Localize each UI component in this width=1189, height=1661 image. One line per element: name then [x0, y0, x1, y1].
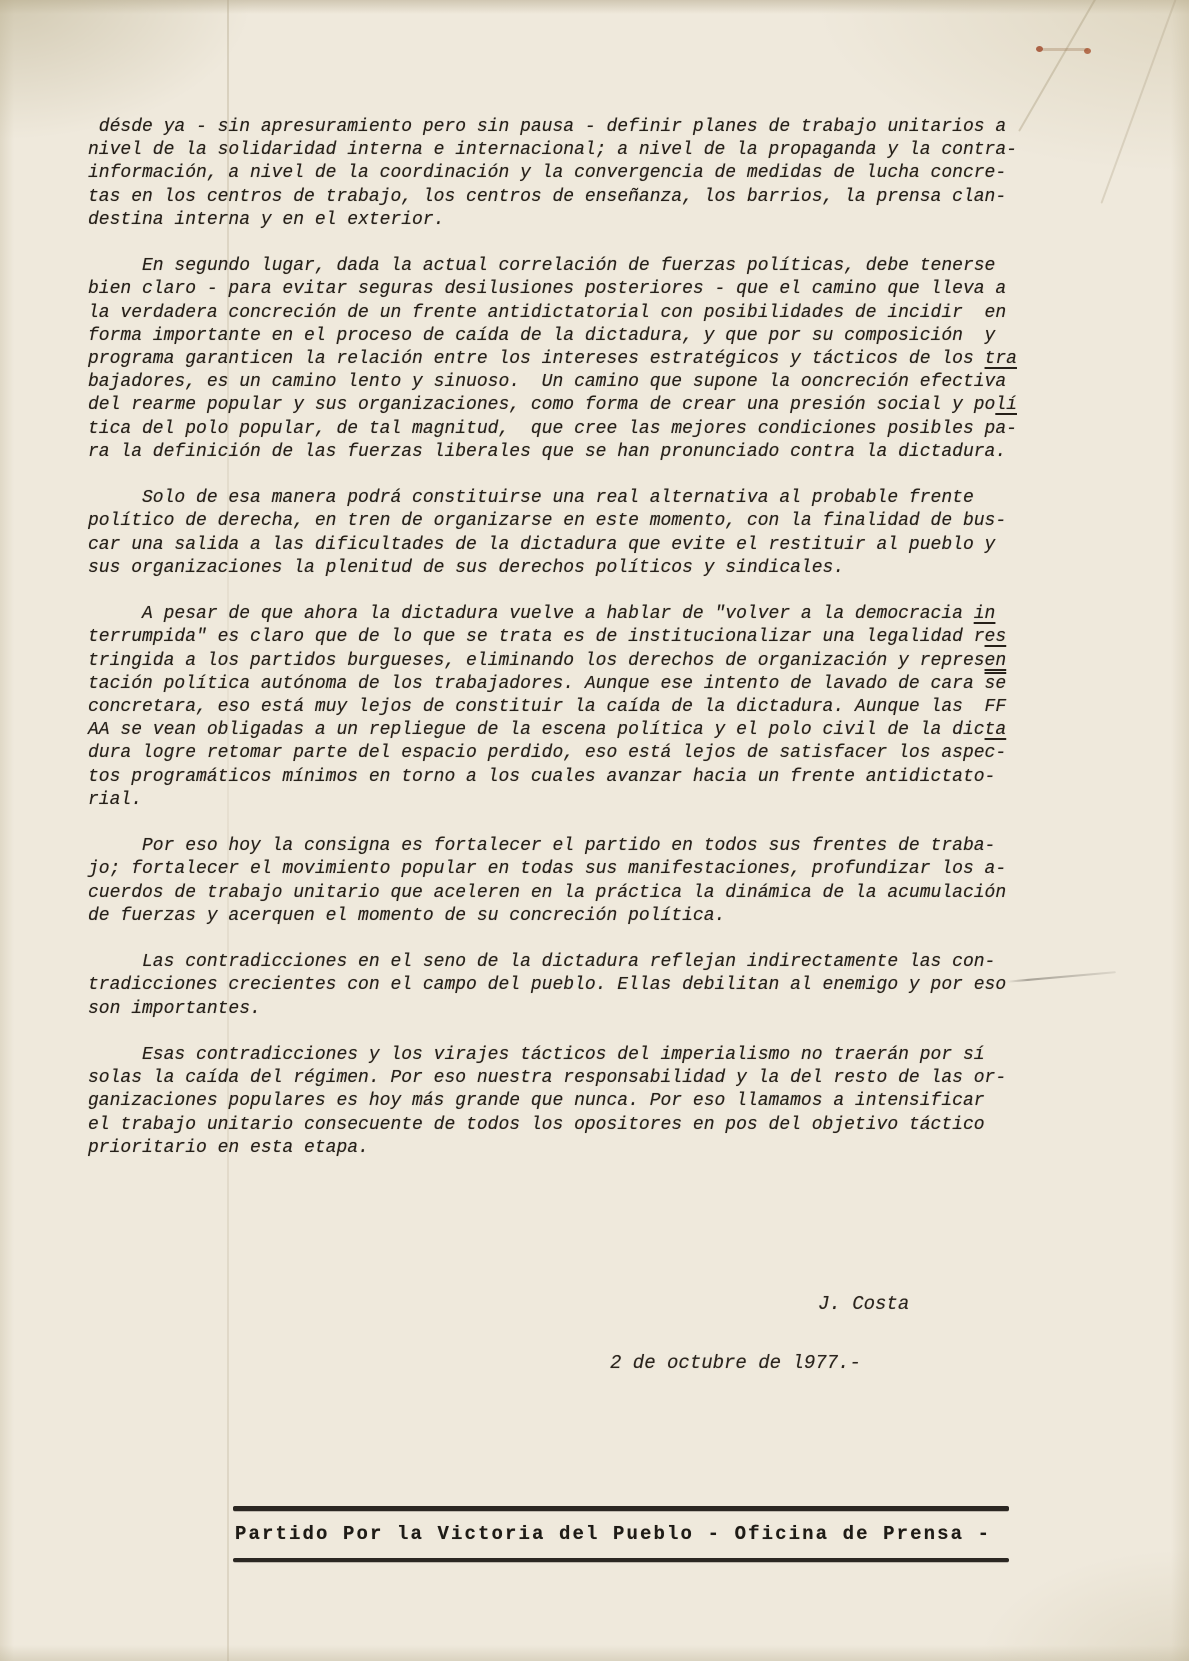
- text-run: bajadores, es un camino lento y sinuoso.…: [88, 372, 1006, 392]
- text-run: la verdadera concreción de un frente ant…: [88, 303, 1006, 323]
- text-run: Las contradicciones en el seno de la dic…: [88, 952, 995, 972]
- text-run: Solo de esa manera podrá constituirse un…: [88, 488, 974, 508]
- text-run: forma importante en el proceso de caída …: [88, 326, 995, 346]
- text-run: político de derecha, en tren de organiza…: [88, 511, 1006, 531]
- text-run: tica del polo popular, de tal magnitud, …: [88, 419, 1017, 439]
- corner-crease: [1018, 0, 1100, 132]
- corner-crease: [1100, 0, 1177, 204]
- text-run: son importantes.: [88, 999, 261, 1019]
- underlined-syllable: en: [985, 651, 1007, 671]
- text-run: AA se vean obligadas a un repliegue de l…: [88, 720, 985, 740]
- underlined-syllable: ta: [985, 720, 1007, 740]
- text-run: bien claro - para evitar seguras desilus…: [88, 279, 1006, 299]
- text-run: tas en los centros de trabajo, los centr…: [88, 187, 1006, 207]
- text-run: nivel de la solidaridad interna e intern…: [88, 140, 1017, 160]
- underlined-syllable: tra: [985, 349, 1017, 369]
- text-run: car una salida a las dificultades de la …: [88, 535, 995, 555]
- footer-imprint: Partido Por la Victoria del Pueblo - Ofi…: [233, 1506, 1009, 1562]
- text-run: ganizaciones populares es hoy más grande…: [88, 1091, 985, 1111]
- text-run: tringida a los partidos burgueses, elimi…: [88, 651, 985, 671]
- text-run: sus organizaciones la plenitud de sus de…: [88, 558, 844, 578]
- footer-rule-bottom: [233, 1558, 1009, 1563]
- underlined-syllable: in: [974, 604, 996, 624]
- rust-dot: [1036, 46, 1043, 52]
- staple-rust-bar: [1042, 48, 1088, 51]
- text-run: Por eso hoy la consigna es fortalecer el…: [88, 836, 995, 856]
- text-run: terrumpida" es claro que de lo que se tr…: [88, 627, 985, 647]
- text-run: dura logre retomar parte del espacio per…: [88, 743, 1006, 763]
- paragraph-3: Solo de esa manera podrá constituirse un…: [88, 487, 1028, 580]
- paragraph-5: Por eso hoy la consigna es fortalecer el…: [88, 835, 1028, 928]
- footer-text: Partido Por la Victoria del Pueblo - Ofi…: [235, 1522, 1009, 1546]
- underlined-syllable: se: [985, 674, 1007, 694]
- text-run: de fuerzas y acerquen el momento de su c…: [88, 906, 725, 926]
- paragraph-7: Esas contradicciones y los virajes tácti…: [88, 1044, 1028, 1160]
- text-run: prioritario en esta etapa.: [88, 1138, 369, 1158]
- document-page: désde ya - sin apresuramiento pero sin p…: [0, 0, 1189, 1661]
- paragraph-1: désde ya - sin apresuramiento pero sin p…: [88, 116, 1028, 232]
- text-run: Esas contradicciones y los virajes tácti…: [88, 1045, 985, 1065]
- paragraph-4: A pesar de que ahora la dictadura vuelve…: [88, 603, 1028, 812]
- text-run: A pesar de que ahora la dictadura vuelve…: [88, 604, 974, 624]
- text-run: destina interna y en el exterior.: [88, 210, 444, 230]
- text-run: tradicciones crecientes con el campo del…: [88, 975, 1006, 995]
- text-run: En segundo lugar, dada la actual correla…: [88, 256, 995, 276]
- paragraph-2: En segundo lugar, dada la actual correla…: [88, 255, 1028, 464]
- text-run: concretara, eso está muy lejos de consti…: [88, 697, 1006, 717]
- text-run: jo; fortalecer el movimiento popular en …: [88, 859, 1006, 879]
- text-run: información, a nivel de la coordinación …: [88, 163, 1006, 183]
- document-body-text: désde ya - sin apresuramiento pero sin p…: [88, 116, 1028, 1183]
- text-run: rial.: [88, 790, 142, 810]
- text-run: programa garanticen la relación entre lo…: [88, 349, 985, 369]
- text-run: del rearme popular y sus organizaciones,…: [88, 395, 995, 415]
- underlined-syllable: es: [985, 627, 1007, 647]
- staple-rust-mark: [1036, 42, 1094, 56]
- text-run: solas la caída del régimen. Por eso nues…: [88, 1068, 1006, 1088]
- underlined-syllable: lí: [995, 395, 1017, 415]
- text-run: cuerdos de trabajo unitario que aceleren…: [88, 883, 1006, 903]
- text-run: désde ya - sin apresuramiento pero sin p…: [88, 117, 1006, 137]
- text-run: tos programáticos mínimos en torno a los…: [88, 767, 995, 787]
- text-run: tación política autónoma de los trabajad…: [88, 674, 985, 694]
- paragraph-6: Las contradicciones en el seno de la dic…: [88, 951, 1028, 1021]
- footer-rule-top: [233, 1506, 1009, 1511]
- text-run: el trabajo unitario consecuente de todos…: [88, 1115, 985, 1135]
- signature-name: J. Costa: [818, 1292, 909, 1316]
- text-run: ra la definición de las fuerzas liberale…: [88, 442, 1006, 462]
- date-line: 2 de octubre de l977.-: [610, 1351, 861, 1375]
- rust-dot: [1084, 48, 1091, 54]
